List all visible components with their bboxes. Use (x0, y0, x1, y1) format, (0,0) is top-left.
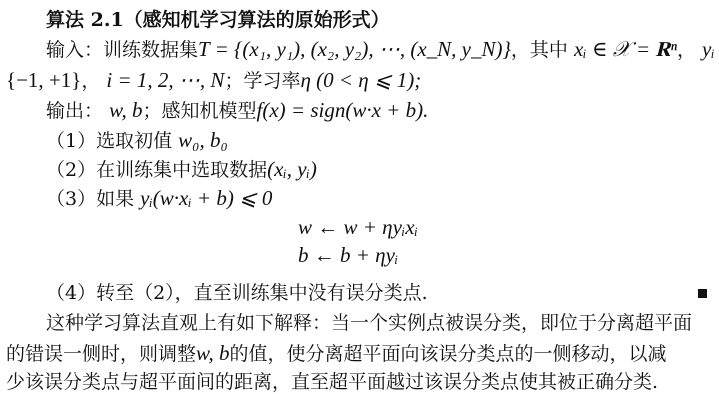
label-set: {−1, +1} (6, 68, 81, 92)
step-2-math: (xᵢ, yᵢ) (267, 157, 317, 181)
explanation-line-2a: 的错误一侧时，则调整 (6, 343, 196, 365)
algorithm-title: 算法 2.1（感知机学习算法的原始形式） (46, 8, 390, 32)
input-line: 输入：训练数据集T = {(x₁, y₁), (x₂, y₂), ⋯, (x_N… (46, 37, 719, 62)
input-sep: ， (677, 39, 696, 61)
input-domain-text: ，其中 (511, 39, 568, 61)
index-range: i = 1, 2, ⋯, N (106, 68, 224, 92)
output-model-label: ；感知机模型 (143, 100, 257, 122)
input-y-domain: yᵢ ∈ 𝒴 = (702, 37, 719, 61)
step-1: （1）选取初值 w₀, b₀ (46, 128, 228, 153)
learning-rate: η (0 < η ⩽ 1); (300, 68, 421, 92)
output-model: f(x) = sign(w·x + b). (257, 98, 429, 122)
step-1-label: （1）选取初值 (46, 130, 172, 152)
input-x-domain: xᵢ ∈ 𝒳 = 𝐑ⁿ (574, 37, 677, 61)
explanation-line-2: 的错误一侧时，则调整w, b的值，使分离超平面向该误分类点的一侧移动，以减 (6, 341, 666, 366)
update-b: b ← b + ηyᵢ (298, 243, 398, 267)
step-2: （2）在训练集中选取数据(xᵢ, yᵢ) (46, 157, 317, 182)
step-3-label: （3）如果 (46, 188, 134, 210)
input-line2-sep: ， (81, 70, 100, 92)
learning-rate-label: ；学习率 (224, 70, 300, 92)
input-line-2: {−1, +1}， i = 1, 2, ⋯, N；学习率η (0 < η ⩽ 1… (6, 68, 421, 93)
output-line: 输出： w, b；感知机模型f(x) = sign(w·x + b). (46, 98, 428, 123)
explanation-line-1: 这种学习算法直观上有如下解释：当一个实例点被误分类，即位于分离超平面 (46, 311, 692, 335)
explanation-math: w, b (196, 341, 229, 365)
step-3: （3）如果 yᵢ(w·xᵢ + b) ⩽ 0 (46, 186, 272, 211)
step-3-math: yᵢ(w·xᵢ + b) ⩽ 0 (140, 186, 272, 210)
explanation-line-2b: 的值，使分离超平面向该误分类点的一侧移动，以减 (229, 343, 666, 365)
output-prefix: 输出： (46, 100, 103, 122)
input-prefix: 输入：训练数据集 (46, 39, 198, 61)
output-vars: w, b (109, 98, 142, 122)
step-2-label: （2）在训练集中选取数据 (46, 159, 267, 181)
end-of-algorithm-mark (698, 289, 707, 298)
update-w: w ← w + ηyᵢxᵢ (298, 215, 418, 239)
step-4: （4）转至（2），直至训练集中没有误分类点. (46, 281, 428, 305)
input-formula: T = {(x₁, y₁), (x₂, y₂), ⋯, (x_N, y_N)} (198, 37, 511, 61)
step-1-math: w₀, b₀ (178, 128, 228, 152)
explanation-line-3: 少该误分类点与超平面间的距离，直至超平面越过该误分类点使其被正确分类. (6, 370, 658, 394)
